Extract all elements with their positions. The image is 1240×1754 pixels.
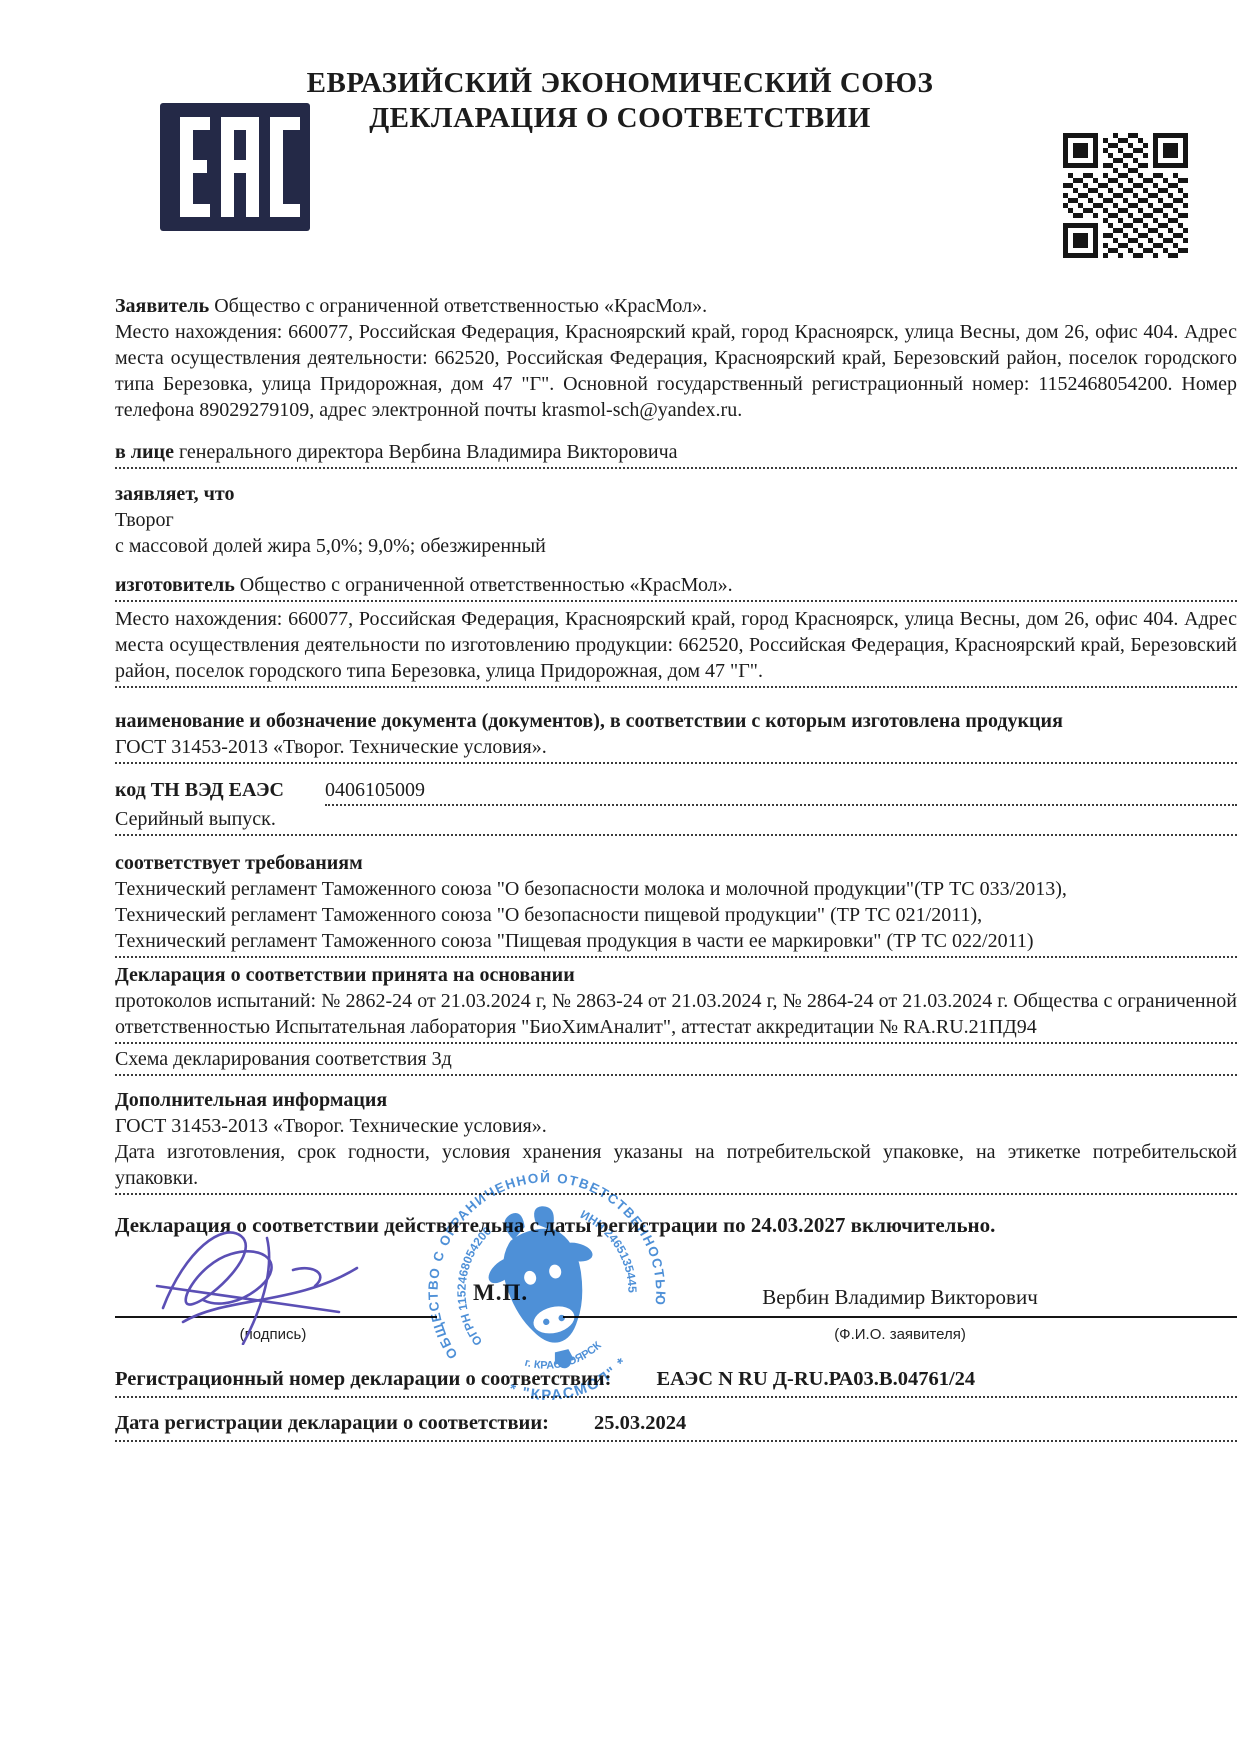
document-header: ЕВРАЗИЙСКИЙ ЭКОНОМИЧЕСКИЙ СОЮЗ ДЕКЛАРАЦИ…	[0, 66, 1240, 136]
signature-icon	[143, 1210, 403, 1345]
qr-code-icon	[1063, 133, 1188, 258]
regulation-item: Технический регламент Таможенного союза …	[115, 928, 1237, 954]
product-name: Творог	[115, 507, 1237, 533]
applicant-details: Место нахождения: 660077, Российская Фед…	[115, 319, 1237, 423]
signature-block: ОБЩЕСТВО С ОГРАНИЧЕННОЙ ОТВЕТСТВЕННОСТЬЮ…	[115, 1238, 1237, 1358]
standards-doc-value: ГОСТ 31453-2013 «Творог. Технические усл…	[115, 734, 1237, 760]
applicant-label: Заявитель	[115, 295, 209, 317]
document-title: ДЕКЛАРАЦИЯ О СООТВЕТСТВИИ	[0, 101, 1240, 136]
regulation-item: Технический регламент Таможенного союза …	[115, 876, 1237, 902]
scheme-section: Схема декларирования соответствия 3д	[115, 1046, 1237, 1076]
additional-info-line: Дата изготовления, срок годности, услови…	[115, 1139, 1237, 1191]
applicant-section: Заявитель Общество с ограниченной ответс…	[115, 293, 1237, 423]
manufacturer-label: изготовитель	[115, 574, 235, 596]
additional-info-section: Дополнительная информация ГОСТ 31453-201…	[115, 1087, 1237, 1195]
tnved-section: код ТН ВЭД ЕАЭС 0406105009 Серийный выпу…	[115, 777, 1237, 836]
represented-by-text: генерального директора Вербина Владимира…	[179, 441, 678, 463]
declares-label: заявляет, что	[115, 483, 234, 505]
tnved-label: код ТН ВЭД ЕАЭС	[115, 777, 325, 803]
compliance-label: соответствует требованиям	[115, 852, 363, 874]
basis-text: протоколов испытаний: № 2862-24 от 21.03…	[115, 988, 1237, 1040]
manufacturer-details: Место нахождения: 660077, Российская Фед…	[115, 606, 1237, 684]
product-details: с массовой долей жира 5,0%; 9,0%; обезжи…	[115, 533, 1237, 559]
standards-doc-section: наименование и обозначение документа (до…	[115, 708, 1237, 764]
applicant-name: Общество с ограниченной ответственностью…	[214, 295, 707, 317]
document-body: Заявитель Общество с ограниченной ответс…	[115, 280, 1237, 1442]
union-title: ЕВРАЗИЙСКИЙ ЭКОНОМИЧЕСКИЙ СОЮЗ	[0, 66, 1240, 101]
regulation-item: Технический регламент Таможенного союза …	[115, 902, 1237, 928]
compliance-section: соответствует требованиям Технический ре…	[115, 850, 1237, 958]
represented-by-label: в лице	[115, 441, 174, 463]
registration-date-row: Дата регистрации декларации о соответств…	[115, 1410, 1237, 1442]
declares-section: заявляет, что Творог с массовой долей жи…	[115, 481, 1237, 559]
declaration-page: ЕВРАЗИЙСКИЙ ЭКОНОМИЧЕСКИЙ СОЮЗ ДЕКЛАРАЦИ…	[0, 0, 1240, 1754]
standards-doc-label: наименование и обозначение документа (до…	[115, 710, 1063, 732]
tnved-code: 0406105009	[325, 777, 1237, 806]
manufacturer-name: Общество с ограниченной ответственностью…	[240, 574, 733, 596]
scheme-text: Схема декларирования соответствия 3д	[115, 1046, 1237, 1072]
additional-info-line: ГОСТ 31453-2013 «Творог. Технические усл…	[115, 1113, 1237, 1139]
basis-label: Декларация о соответствии принята на осн…	[115, 964, 575, 986]
basis-section: Декларация о соответствии принята на осн…	[115, 962, 1237, 1044]
release-type: Серийный выпуск.	[115, 806, 1237, 832]
manufacturer-section: изготовитель Общество с ограниченной отв…	[115, 572, 1237, 688]
additional-info-label: Дополнительная информация	[115, 1089, 387, 1111]
represented-by-section: в лице генерального директора Вербина Вл…	[115, 439, 1237, 469]
